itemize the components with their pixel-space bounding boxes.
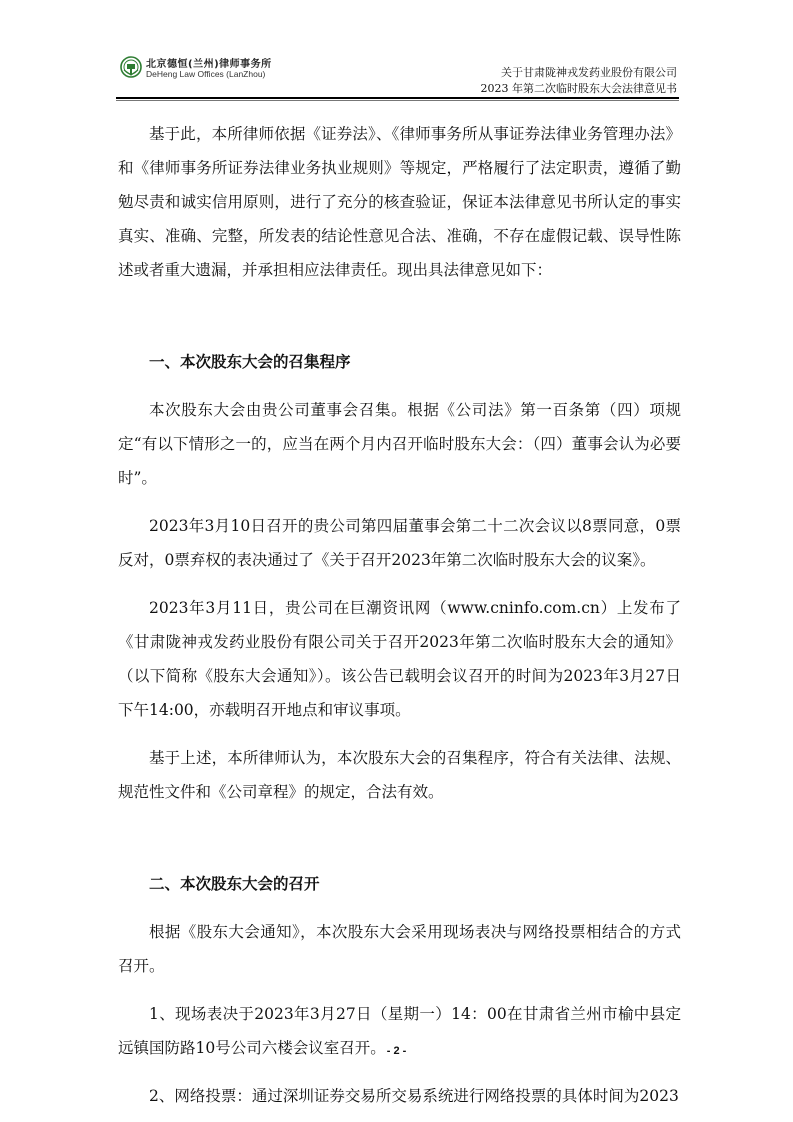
section-heading-meeting-convened: 二、本次股东大会的召开 [118,867,681,901]
paragraph: 2、网络投票：通过深圳证券交易所交易系统进行网络投票的具体时间为2023 [118,1079,681,1113]
document-page: 北京德恒(兰州)律师事务所 DeHeng Law Offices (LanZho… [0,0,793,1122]
paragraph: 本次股东大会由贵公司董事会召集。根据《公司法》第一百条第（四）项规定“有以下情形… [118,393,681,495]
paragraph: 基于上述，本所律师认为，本次股东大会的召集程序，符合有关法律、法规、规范性文件和… [118,741,681,809]
spacer [118,901,681,915]
intro-paragraph: 基于此，本所律师依据《证券法》、《律师事务所从事证券法律业务管理办法》和《律师事… [118,117,681,287]
section-heading-convening-procedure: 一、本次股东大会的召集程序 [118,345,681,379]
spacer [118,287,681,345]
paragraph: 2023年3月11日，贵公司在巨潮资讯网（www.cninfo.com.cn）上… [118,591,681,727]
header-divider-thin [116,100,679,101]
page-header: 北京德恒(兰州)律师事务所 DeHeng Law Offices (LanZho… [116,50,679,100]
spacer [118,727,681,741]
firm-name-cn: 北京德恒(兰州)律师事务所 [146,55,272,70]
paragraph: 根据《股东大会通知》，本次股东大会采用现场表决与网络投票相结合的方式召开。 [118,915,681,983]
header-divider [116,97,679,99]
document-title-line2: 2023 年第二次临时股东大会法律意见书 [481,81,678,97]
deheng-logo-icon [120,56,142,78]
spacer [118,379,681,393]
spacer [118,1065,681,1079]
firm-name-en: DeHeng Law Offices (LanZhou) [146,69,265,79]
document-title-line1: 关于甘肃陇神戎发药业股份有限公司 [481,65,678,81]
spacer [118,983,681,997]
page-number: - 2 - [0,1045,793,1057]
document-title: 关于甘肃陇神戎发药业股份有限公司 2023 年第二次临时股东大会法律意见书 [481,65,678,97]
spacer [118,577,681,591]
spacer [118,809,681,867]
spacer [118,495,681,509]
document-body: 基于此，本所律师依据《证券法》、《律师事务所从事证券法律业务管理办法》和《律师事… [118,117,681,1113]
paragraph: 2023年3月10日召开的贵公司第四届董事会第二十二次会议以8票同意，0票反对，… [118,509,681,577]
